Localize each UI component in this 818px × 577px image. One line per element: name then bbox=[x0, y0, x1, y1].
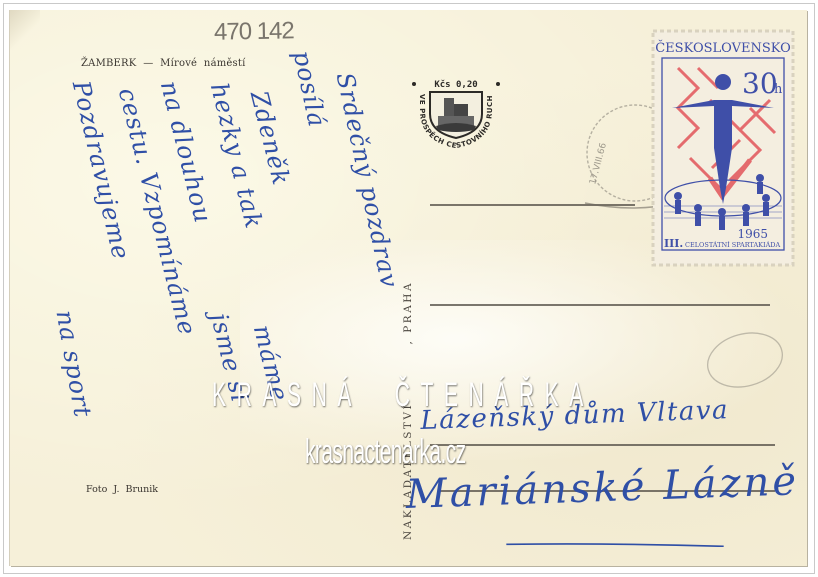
watermark-title: KRÁSNÁ ČTENÁŘKA bbox=[212, 376, 594, 415]
message-line: na sport bbox=[50, 308, 96, 420]
catalog-number: 470 142 bbox=[214, 17, 294, 46]
tourism-seal-icon: Kčs 0,20 VE PROSPĚCH CESTOVNÍHO RUCHU bbox=[408, 70, 504, 152]
svg-text:h: h bbox=[774, 82, 783, 97]
photo-credit: Foto J. Brunik bbox=[86, 484, 158, 495]
stamp-value: 30 bbox=[742, 67, 778, 100]
svg-text:III.: III. bbox=[664, 237, 683, 250]
postage-stamp: ČESKOSLOVENSKO 30 h 19 bbox=[650, 28, 796, 268]
address-line-3 bbox=[430, 444, 775, 446]
message-line: posílá bbox=[288, 48, 332, 130]
svg-text:17.VIII.66: 17.VIII.66 bbox=[588, 142, 609, 186]
stamp-year: 1965 bbox=[737, 227, 768, 241]
stamp-title: CELOSTÁTNÍ SPARTAKIÁDA bbox=[685, 240, 780, 249]
watermark-url[interactable]: krasnactenarka.cz bbox=[305, 433, 466, 472]
address-underline bbox=[450, 543, 780, 547]
postcard-back: 470 142 ŽAMBERK — Mírové náměstí Foto J.… bbox=[10, 10, 807, 566]
address-line-2 bbox=[430, 304, 770, 306]
corner-crease bbox=[10, 10, 40, 50]
seal-price: Kčs 0,20 bbox=[434, 79, 477, 90]
postmark-faint-icon bbox=[700, 325, 790, 395]
postcard-caption: ŽAMBERK — Mírové náměstí bbox=[81, 58, 246, 69]
stamp-country: ČESKOSLOVENSKO bbox=[655, 39, 791, 56]
